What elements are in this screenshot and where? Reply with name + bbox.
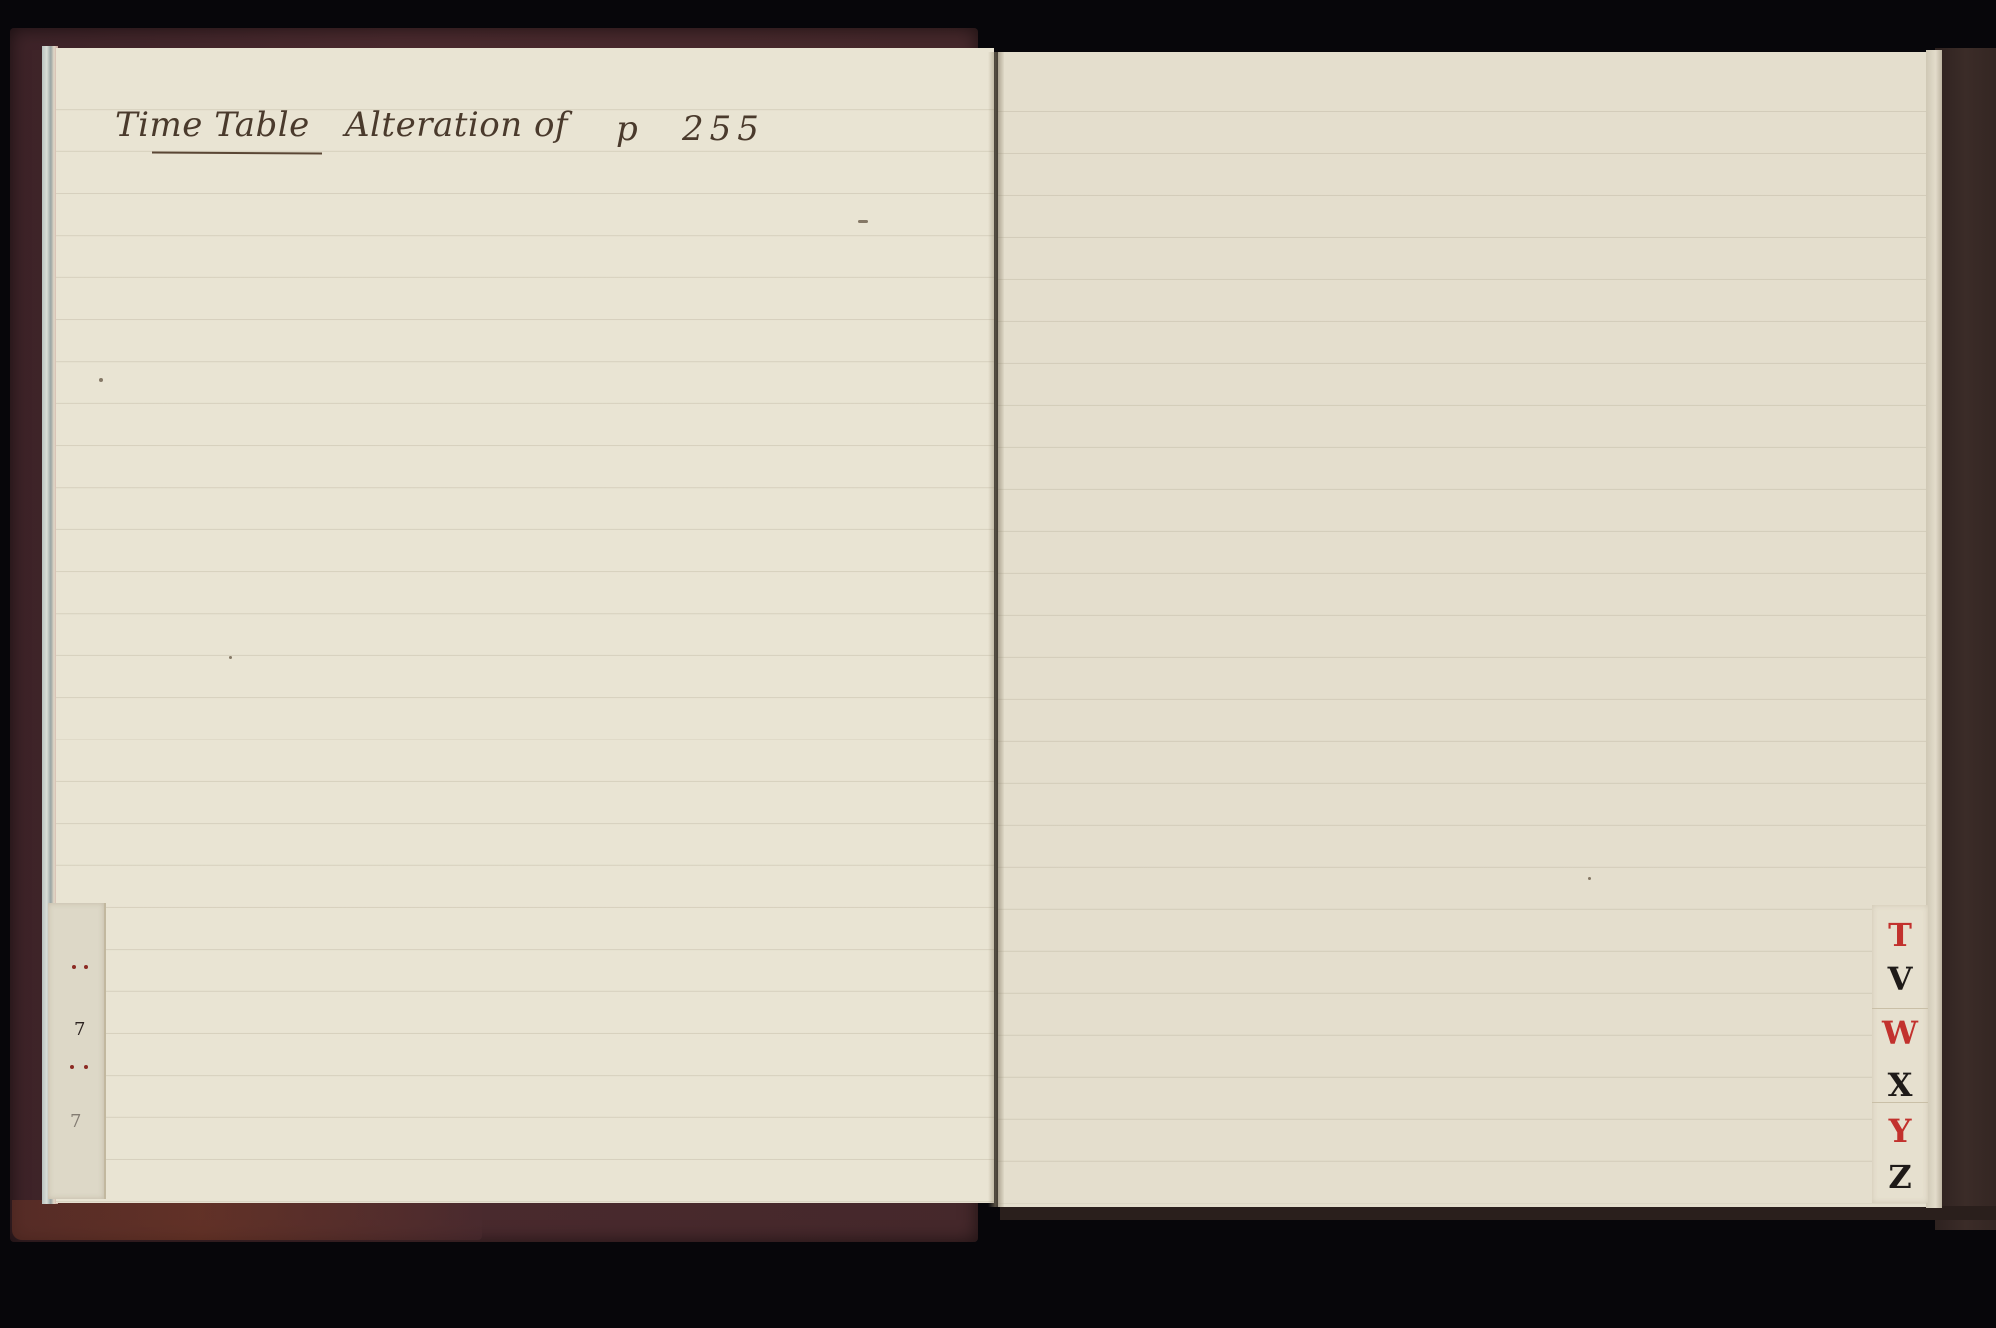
index-tab-z[interactable]: Z [1872, 1161, 1928, 1193]
index-tab-t[interactable]: T [1872, 919, 1928, 951]
index-tab-y[interactable]: Y [1872, 1115, 1928, 1147]
index-tab-v[interactable]: V [1872, 963, 1928, 995]
heading-title: Time Table [115, 108, 310, 142]
left-index-tab-strip[interactable]: 7 7 [48, 903, 106, 1199]
ink-speck [1588, 877, 1591, 880]
tab-mark: 7 [70, 1113, 81, 1131]
index-tab-w[interactable]: W [1872, 1017, 1928, 1049]
right-book-cover [1935, 48, 1996, 1230]
right-page [998, 52, 1928, 1207]
heading-subject: Alteration of [345, 108, 568, 142]
tab-divider [1872, 1008, 1928, 1009]
ink-speck [99, 378, 103, 382]
book-gutter [988, 52, 1004, 1207]
right-cover-bottom-edge [1000, 1206, 1996, 1220]
ink-speck [858, 220, 868, 223]
tab-red-dot [84, 965, 88, 969]
right-index-tab-strip: T V W X Y Z [1872, 905, 1928, 1203]
tab-red-dot [70, 1065, 74, 1069]
page-ref-prefix: p [616, 112, 638, 146]
right-page-stack-edges [1926, 50, 1942, 1208]
left-cover-worn-edge [12, 1200, 482, 1240]
page-ref-number: 255 [682, 112, 765, 146]
tab-red-dot [84, 1065, 88, 1069]
left-page [56, 48, 994, 1203]
index-tab-x[interactable]: X [1872, 1069, 1928, 1101]
tab-mark: 7 [74, 1021, 85, 1039]
ink-speck [229, 656, 232, 659]
tab-red-dot [72, 965, 76, 969]
